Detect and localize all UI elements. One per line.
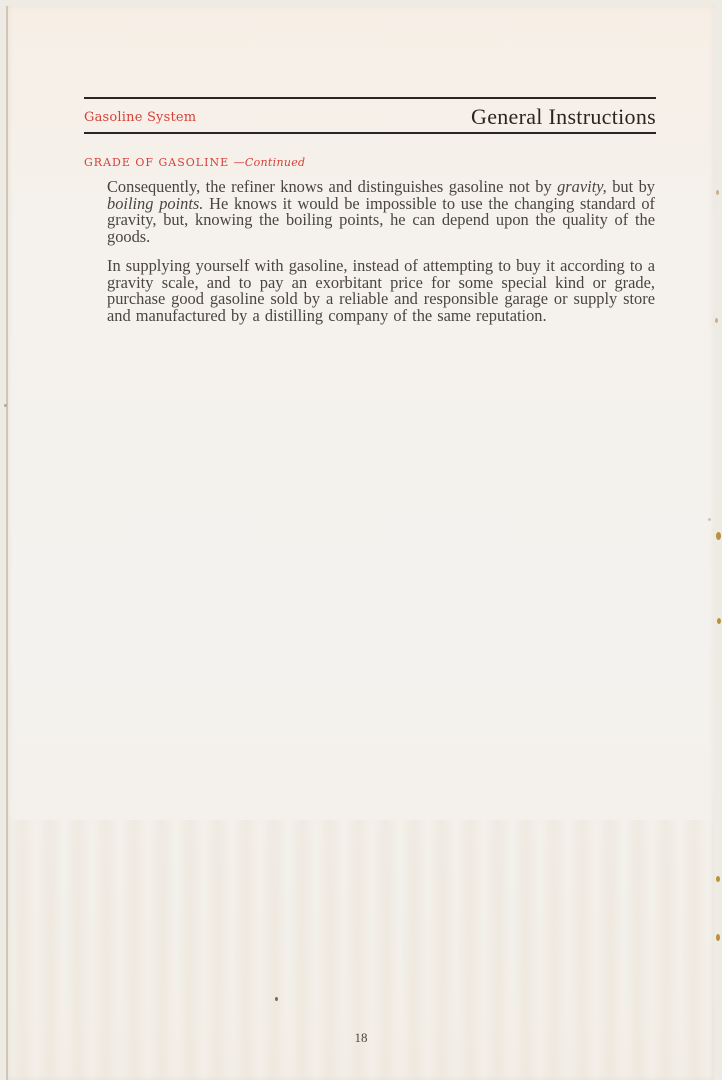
header-bottom-rule <box>84 132 656 134</box>
paper-speck <box>708 518 711 521</box>
paper-speck <box>716 876 720 882</box>
paper-speck <box>715 318 718 323</box>
section-heading: GRADE OF GASOLINE —Continued <box>84 156 305 169</box>
paper-speck <box>716 532 721 540</box>
paper-speck <box>275 997 278 1001</box>
paper-speck <box>4 404 7 407</box>
paragraph-1: Consequently, the refiner knows and dist… <box>107 179 655 245</box>
header-top-rule <box>84 97 656 99</box>
running-header-section: Gasoline System <box>84 110 196 125</box>
running-header-chapter: General Instructions <box>471 104 656 130</box>
paper-speck <box>717 618 721 624</box>
paper-speck <box>716 934 720 941</box>
section-continued-label: —Continued <box>234 156 306 169</box>
paragraph-2: In supplying yourself with gasoline, ins… <box>107 258 655 324</box>
paper-speck <box>716 190 719 195</box>
paragraph-text: In supplying yourself with gasoline, ins… <box>107 256 655 325</box>
page-number: 18 <box>0 1030 722 1046</box>
section-heading-title: GRADE OF GASOLINE <box>84 156 229 169</box>
